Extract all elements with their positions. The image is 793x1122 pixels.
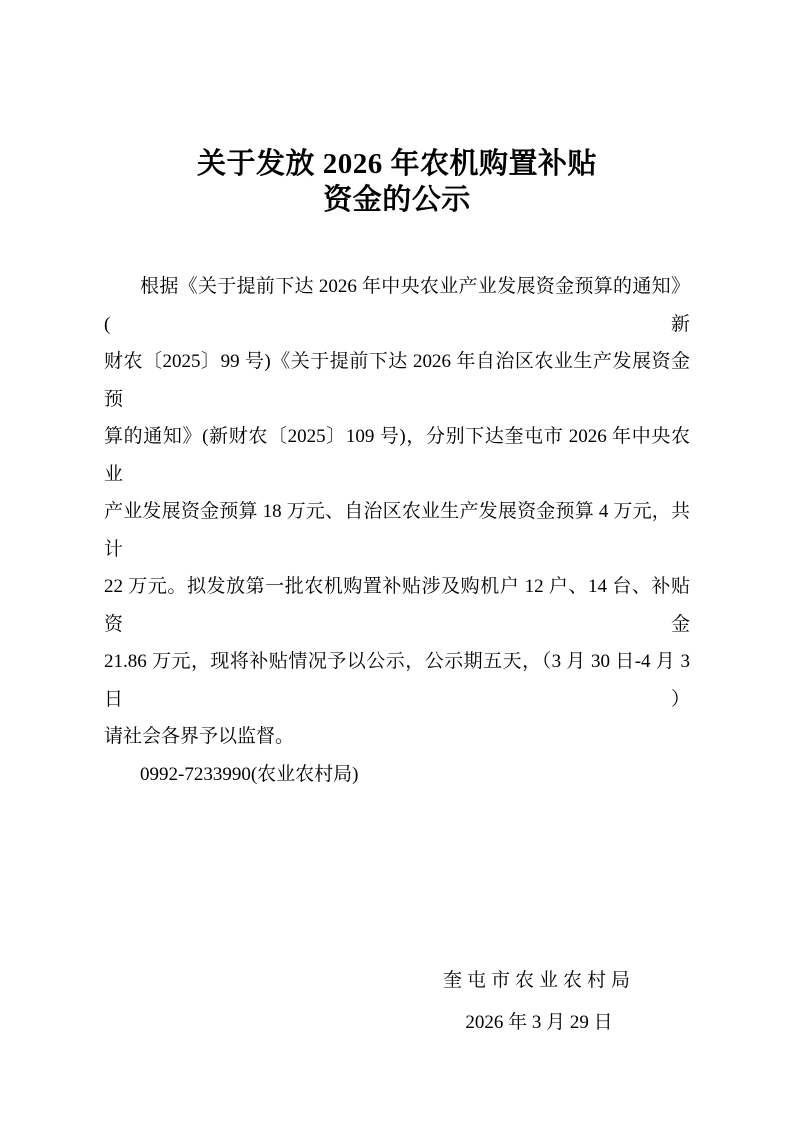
paragraph-line: 22 万元。拟发放第一批农机购置补贴涉及购机户 12 户、14 台、补贴资金	[104, 568, 690, 643]
title-line-1: 关于发放 2026 年农机购置补贴	[104, 146, 690, 182]
contact-phone-line: 0992-7233990(农业农村局)	[104, 756, 690, 794]
document-page: 关于发放 2026 年农机购置补贴 资金的公示 根据《关于提前下达 2026 年…	[0, 0, 793, 1122]
paragraph-line: 根据《关于提前下达 2026 年中央农业产业发展资金预算的通知》(新	[104, 268, 690, 343]
paragraph-line: 算的通知》(新财农〔2025〕109 号)，分别下达奎屯市 2026 年中央农业	[104, 418, 690, 493]
paragraph-line: 产业发展资金预算 18 万元、自治区农业生产发展资金预算 4 万元，共计	[104, 493, 690, 568]
title-line-2: 资金的公示	[104, 182, 690, 218]
signature-organization: 奎屯市农业农村局	[443, 960, 635, 1002]
document-title: 关于发放 2026 年农机购置补贴 资金的公示	[104, 146, 690, 218]
signature-block: 奎屯市农业农村局 2026 年 3 月 29 日	[443, 960, 635, 1044]
document-body: 根据《关于提前下达 2026 年中央农业产业发展资金预算的通知》(新 财农〔20…	[104, 268, 690, 793]
signature-date: 2026 年 3 月 29 日	[443, 1002, 635, 1044]
paragraph-line: 请社会各界予以监督。	[104, 718, 690, 756]
paragraph-line: 21.86 万元，现将补贴情况予以公示，公示期五天，（3 月 30 日-4 月 …	[104, 643, 690, 718]
paragraph-line: 财农〔2025〕99 号)《关于提前下达 2026 年自治区农业生产发展资金预	[104, 343, 690, 418]
